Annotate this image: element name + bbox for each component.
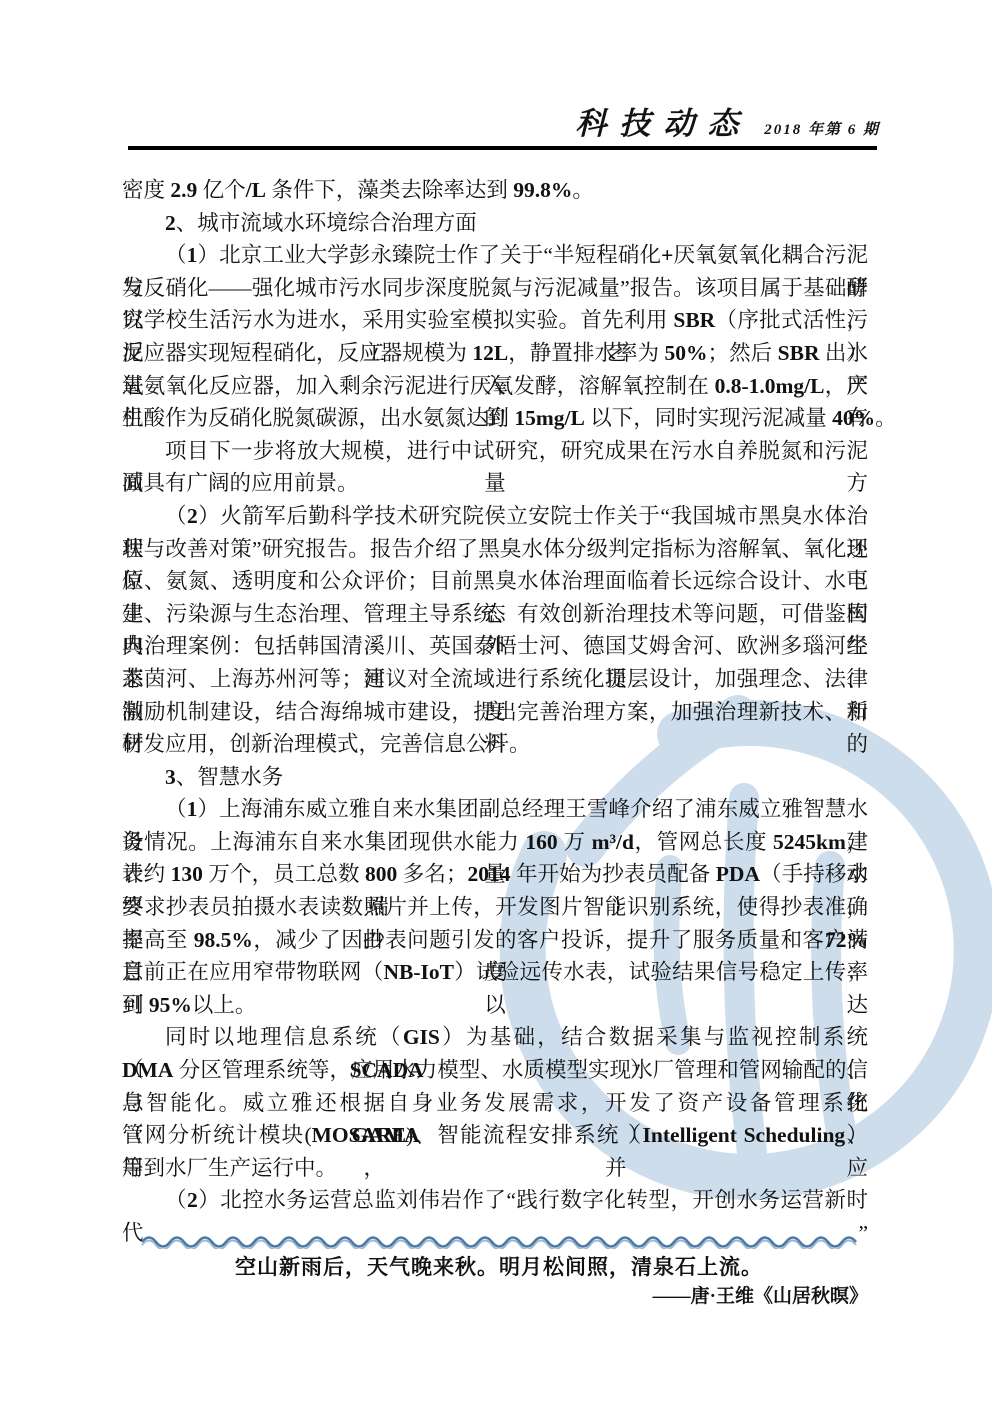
text-line: 莱茵河、上海苏州河等；建议对全流域进行系统化顶层设计，加强理念、法律制度和 (122, 663, 868, 696)
text-line: 2、城市流域水环境综合治理方面 (122, 207, 868, 240)
latin-run: 2 (187, 504, 198, 528)
text-line: 表约 130 万个，员工总数 800 多名；2014 年开始为抄表员配备 PDA… (122, 858, 868, 891)
latin-run: Scheduling (744, 1123, 846, 1147)
wavy-divider (140, 1231, 858, 1249)
text-line: 同时以地理信息系统（GIS）为基础，结合数据采集与监视控制系统（SCADA）、 (122, 1021, 868, 1054)
latin-run: 2 (165, 211, 176, 235)
latin-run: 0.8-1.0mg/L (715, 374, 825, 398)
latin-run: m³/d (592, 830, 634, 854)
text-line: （2）火箭军后勤科学技术研究院侯立安院士作关于“我国城市黑臭水体治理现 (122, 500, 868, 533)
text-line: （1）北京工业大学彭永臻院士作了关于“半短程硝化+厌氧氨氧化耦合污泥发酵 (122, 239, 868, 272)
latin-run: 800 (365, 862, 397, 886)
text-line: 与智能化。威立雅还根据自身业务发展需求，开发了资产设备管理系统（GAMA）、 (122, 1087, 868, 1120)
text-line: （1）上海浦东威立雅自来水集团副总经理王雪峰介绍了浦东威立雅智慧水务建 (122, 793, 868, 826)
text-line: 提高至 98.5%，减少了因抄表问题引发的客户投诉，提升了服务质量和客户满意度； (122, 924, 868, 957)
text-line: 状与改善对策”研究报告。报告介绍了黑臭水体分级判定指标为溶解氧、氧化还原电 (122, 533, 868, 566)
latin-run: 50% (665, 341, 708, 365)
latin-run: SBR (778, 341, 820, 365)
text-line: 目前正在应用窄带物联网（NB-IoT）试验远传水表，试验结果信号稳定上传率可以达 (122, 956, 868, 989)
text-line: 要求抄表员拍摄水表读数照片并上传，开发图片智能识别系统，使得抄表准确率由 72% (122, 891, 868, 924)
latin-run: 130 (171, 862, 203, 886)
latin-run: 2 (187, 1188, 198, 1212)
text-line: 项目下一步将放大规模，进行中试研究，研究成果在污水自养脱氮和污泥减量方 (122, 435, 868, 468)
text-line: 密度 2.9 亿个/L 条件下，藻类去除率达到 99.8%。 (122, 174, 868, 207)
wavy-divider-path (142, 1238, 856, 1247)
document-page: 科技动态 2018 年第 6 期 密度 2.9 亿个/L 条件下，藻类去除率达到… (0, 0, 992, 1403)
text-line: 3、智慧水务 (122, 761, 868, 794)
text-line: 机酸作为反硝化脱氮碳源，出水氨氮达到 15mg/L 以下，同时实现污泥减量 40… (122, 402, 868, 435)
latin-run: 1 (187, 797, 198, 821)
latin-run: 40% (832, 406, 875, 430)
text-line: 氧氨氧化反应器，加入剩余污泥进行厌氧发酵，溶解氧控制在 0.8-1.0mg/L，… (122, 370, 868, 403)
masthead-issue: 2018 年第 6 期 (764, 118, 880, 139)
masthead-rule (128, 146, 877, 150)
latin-run: /L (246, 178, 266, 202)
text-line: 激励机制建设，结合海绵城市建设，提出完善治理方案，加强治理新技术、新材料的 (122, 696, 868, 729)
latin-run: 12L (472, 341, 508, 365)
text-line: 管网分析统计模块(MOSARE)、智能流程安排系统（Intelligent Sc… (122, 1119, 868, 1152)
text-line: 位、氨氮、透明度和公众评价；目前黑臭水体治理面临着长远综合设计、水下生态构 (122, 565, 868, 598)
latin-run: PDA (716, 862, 760, 886)
latin-run: 2014 (467, 862, 510, 886)
latin-run: 15mg/L (514, 406, 584, 430)
latin-run: 98.5% (194, 928, 253, 952)
text-line: DMA 分区管理系统等，应用水力模型、水质模型实现水厂管理和管网输配的信息化 (122, 1054, 868, 1087)
latin-run: 160 (525, 830, 557, 854)
latin-run: 3 (165, 765, 176, 789)
latin-run: MOSARE (312, 1123, 406, 1147)
latin-run: 5245km (773, 830, 846, 854)
masthead-title: 科技动态 (575, 98, 751, 143)
masthead: 科技动态 2018 年第 6 期 (575, 98, 880, 143)
latin-run: GIS (403, 1025, 440, 1049)
latin-run: DMA (122, 1058, 173, 1082)
text-line: 建、污染源与生态治理、管理主导系统、有效创新治理技术等问题，可借鉴国内外经 (122, 598, 868, 631)
latin-run: Intelligent (643, 1123, 737, 1147)
text-line: 反应器实现短程硝化，反应器规模为 12L，静置排水率为 50%；然后 SBR 出… (122, 337, 868, 370)
text-line: 与反硝化——强化城市污水同步深度脱氮与污泥减量”报告。该项目属于基础研究， (122, 272, 868, 305)
latin-run: SBR (673, 308, 715, 332)
footer-attribution: ——唐·王维《山居秋暝》 (140, 1281, 868, 1308)
text-line: 典治理案例：包括韩国清溪川、英国泰晤士河、德国艾姆舍河、欧洲多瑙河生态河堤、 (122, 630, 868, 663)
latin-run: 2.9 (170, 178, 197, 202)
latin-run: NB-IoT (383, 960, 453, 984)
document-body: 密度 2.9 亿个/L 条件下，藻类去除率达到 99.8%。2、城市流域水环境综… (122, 174, 868, 1217)
latin-run: 1 (187, 243, 198, 267)
latin-run: + (661, 243, 673, 267)
latin-run: 95% (149, 993, 192, 1017)
text-line: （2）北控水务运营总监刘伟岩作了“践行数字化转型，开创水务运营新时代” (122, 1184, 868, 1217)
text-line: 以学校生活污水为进水，采用实验室模拟实验。首先利用 SBR（序批式活性污泥工艺） (122, 304, 868, 337)
latin-run: 99.8% (513, 178, 572, 202)
footer-quote: 空山新雨后，天气晚来秋。明月松间照，清泉石上流。 (140, 1251, 858, 1281)
text-line: 设情况。上海浦东自来水集团现供水能力 160 万 m³/d，管网总长度 5245… (122, 826, 868, 859)
